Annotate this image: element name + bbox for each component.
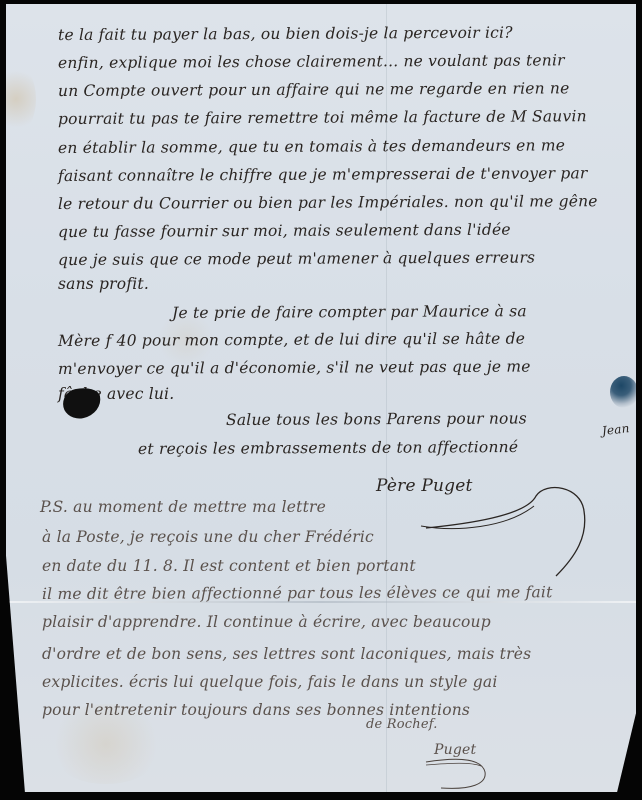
letter-line: un Compte ouvert pour un affaire qui ne … xyxy=(58,79,570,100)
letter-line: en établir la somme, que tu en tomais à … xyxy=(58,136,565,157)
letter-line: le retour du Courrier ou bien par les Im… xyxy=(58,192,598,213)
ps-line: plaisir d'apprendre. Il continue à écrir… xyxy=(42,613,491,631)
ps-closing: de Rochef. xyxy=(366,717,438,732)
ps-line: il me dit être bien affectionné par tous… xyxy=(42,583,553,603)
margin-note: Jean xyxy=(601,421,630,438)
letter-line: Mère f 40 pour mon compte, et de lui dir… xyxy=(58,330,525,350)
seal-stain xyxy=(610,376,638,408)
ps-line: en date du 11. 8. Il est content et bien… xyxy=(42,557,416,575)
ps-signature-flourish xyxy=(421,744,501,794)
letter-line: pourrait tu pas te faire remettre toi mê… xyxy=(58,107,587,128)
letter-line: te la fait tu payer la bas, ou bien dois… xyxy=(58,24,513,44)
ps-line: à la Poste, je reçois une du cher Frédér… xyxy=(42,528,374,546)
letter-line: que je suis que ce mode peut m'amener à … xyxy=(58,249,535,269)
closing-line: et reçois les embrassements de ton affec… xyxy=(138,438,518,458)
signature-flourish xyxy=(406,476,596,586)
scan-frame: te la fait tu payer la bas, ou bien dois… xyxy=(0,0,642,800)
letter-line: Je te prie de faire compter par Maurice … xyxy=(172,302,527,322)
letter-line: enfin, explique moi les chose clairement… xyxy=(58,51,565,72)
letter-line: m'envoyer ce qu'il a d'économie, s'il ne… xyxy=(58,358,531,378)
letter-line: sans profit. xyxy=(58,275,149,293)
ps-line: explicites. écris lui quelque fois, fais… xyxy=(42,673,498,691)
ps-line: P.S. au moment de mettre ma lettre xyxy=(40,498,326,516)
letter-line: que tu fasse fournir sur moi, mais seule… xyxy=(58,221,511,241)
ps-line: d'ordre et de bon sens, ses lettres sont… xyxy=(42,645,531,663)
closing-line: Salue tous les bons Parens pour nous xyxy=(226,409,527,429)
letter-line: faisant connaître le chiffre que je m'em… xyxy=(58,164,588,185)
foxing-stain xyxy=(0,64,36,134)
letter-paper: te la fait tu payer la bas, ou bien dois… xyxy=(6,4,636,792)
